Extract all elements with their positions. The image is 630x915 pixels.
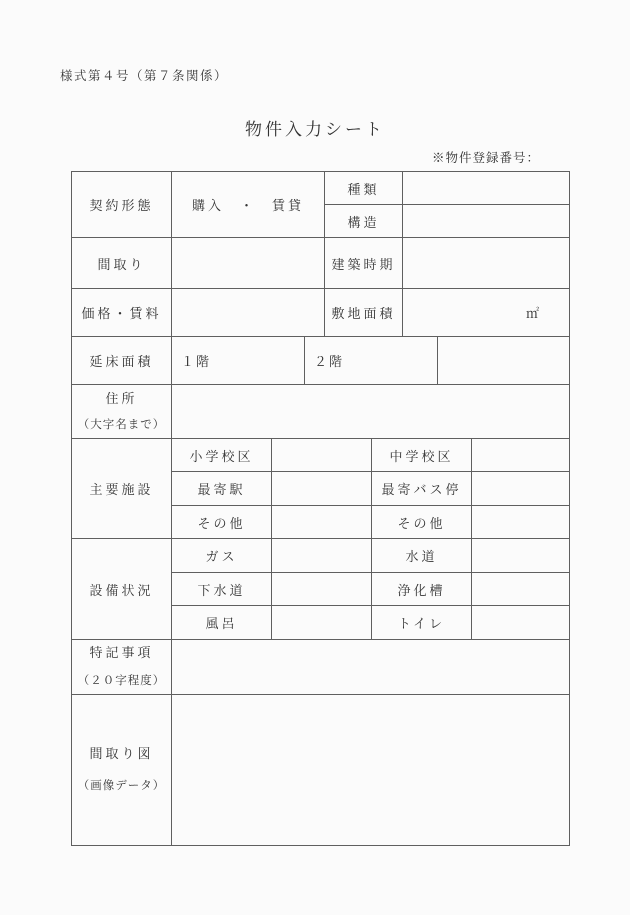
notes-label-sub: （２０字程度） [72, 667, 171, 694]
nearest-bus-stop-value-cell [472, 472, 570, 506]
facilities-label: 主要施設 [72, 439, 172, 539]
water-value-cell [472, 539, 570, 573]
floor2-label: ２階 [305, 337, 438, 385]
gas-label: ガス [172, 539, 272, 573]
floorplan-image-label-sub: （画像データ） [72, 770, 171, 800]
facilities-other-left-value-cell [272, 506, 372, 539]
total-floor-area-label: 延床面積 [72, 337, 172, 385]
nearest-bus-stop-label: 最寄バス停 [372, 472, 472, 506]
septic-tank-value-cell [472, 573, 570, 606]
elementary-school-label: 小学校区 [172, 439, 272, 472]
contract-type-label: 契約形態 [72, 172, 172, 238]
floorplan-image-cell [172, 695, 570, 846]
floor-plan-value-cell [172, 238, 325, 289]
floor-plan-label: 間取り [72, 238, 172, 289]
toilet-value-cell [472, 606, 570, 640]
registration-number-label: ※物件登録番号： [72, 148, 570, 166]
junior-high-school-label: 中学校区 [372, 439, 472, 472]
site-area-label: 敷地面積 [325, 289, 403, 337]
toilet-label: トイレ [372, 606, 472, 640]
facilities-other-right-value-cell [472, 506, 570, 539]
form-number-note: 様式第４号（第７条関係） [60, 66, 228, 84]
facilities-other-right-label: その他 [372, 506, 472, 539]
site-area-unit: ㎡ [403, 289, 570, 337]
bath-value-cell [272, 606, 372, 640]
sewerage-value-cell [272, 573, 372, 606]
address-label-sub: （大字名まで） [72, 412, 171, 436]
kind-label: 種類 [325, 172, 403, 205]
kind-value-cell [403, 172, 570, 205]
gas-value-cell [272, 539, 372, 573]
address-value-cell [172, 385, 570, 439]
page-title: 物件入力シート [0, 115, 630, 140]
bath-label: 風呂 [172, 606, 272, 640]
structure-label: 構造 [325, 205, 403, 238]
notes-label-main: 特記事項 [89, 646, 153, 661]
floorplan-image-label: 間取り図 （画像データ） [72, 695, 172, 846]
contract-type-value: 購入 ・ 賃貸 [172, 172, 325, 238]
notes-label: 特記事項 （２０字程度） [72, 640, 172, 695]
property-input-table: 契約形態 購入 ・ 賃貸 種類 構造 間取り 建築時期 価格・賃料 敷地面積 ㎡… [71, 171, 570, 846]
address-label-main: 住所 [105, 392, 137, 407]
built-period-label: 建築時期 [325, 238, 403, 289]
notes-value-cell [172, 640, 570, 695]
nearest-station-label: 最寄駅 [172, 472, 272, 506]
document-page: 様式第４号（第７条関係） 物件入力シート ※物件登録番号： 契約形態 購入 ・ … [0, 0, 630, 915]
price-rent-label: 価格・賃料 [72, 289, 172, 337]
water-label: 水道 [372, 539, 472, 573]
floor-area-extra-cell [438, 337, 570, 385]
floor1-label: １階 [172, 337, 305, 385]
nearest-station-value-cell [272, 472, 372, 506]
equipment-label: 設備状況 [72, 539, 172, 640]
facilities-other-left-label: その他 [172, 506, 272, 539]
structure-value-cell [403, 205, 570, 238]
floorplan-image-label-main: 間取り図 [89, 747, 153, 762]
junior-high-school-value-cell [472, 439, 570, 472]
address-label: 住所 （大字名まで） [72, 385, 172, 439]
elementary-school-value-cell [272, 439, 372, 472]
septic-tank-label: 浄化槽 [372, 573, 472, 606]
sewerage-label: 下水道 [172, 573, 272, 606]
price-rent-value-cell [172, 289, 325, 337]
built-period-value-cell [403, 238, 570, 289]
